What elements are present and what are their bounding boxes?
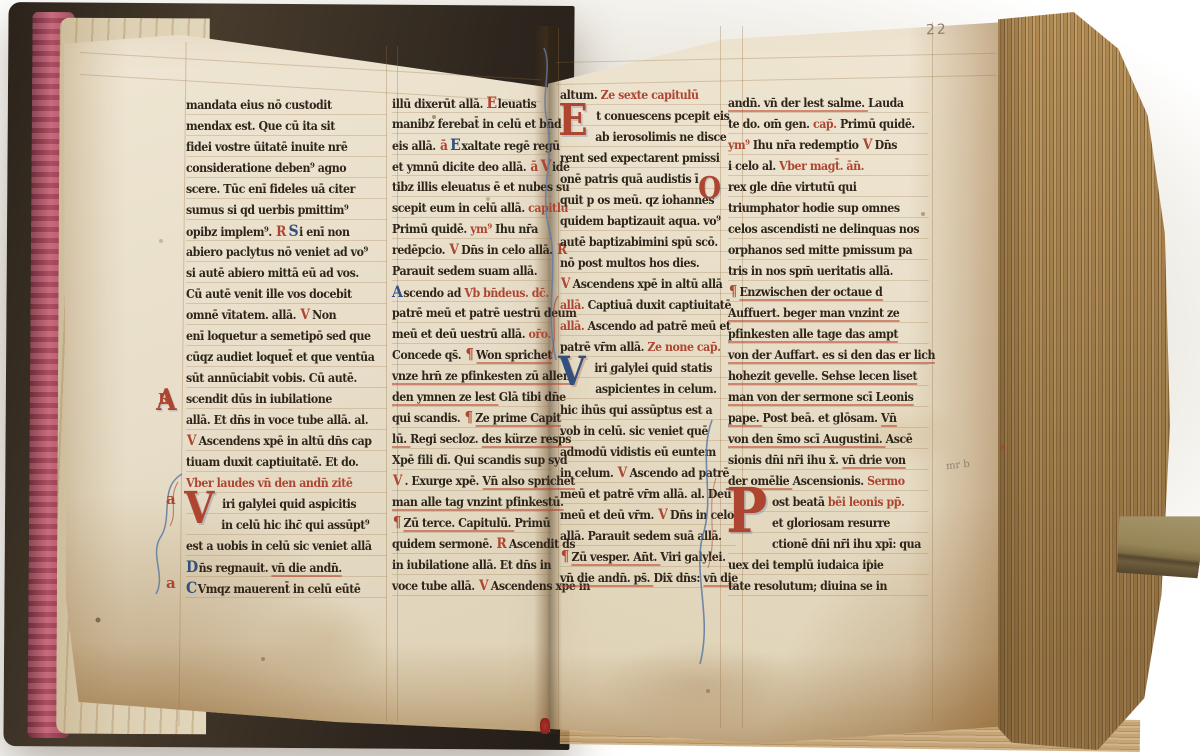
text-run: voce tube allā. — [392, 578, 478, 593]
text-line: Ascendit dūs in iubilatione — [186, 388, 387, 409]
text-line: pape. Post beā. et glōsam. Vn̄ — [728, 407, 929, 428]
text-line: redēpcio. VDn̄s in celo allā. R — [392, 239, 552, 260]
text-line: enī loquetur a semetipō sed que — [186, 325, 387, 346]
text-run: Zū vesper. An̄t. — [571, 549, 660, 566]
text-line: si autē abiero mittā eū ad vos. — [186, 262, 387, 283]
rubric-text: V — [863, 137, 872, 153]
text-run: vn̄ drie von — [842, 452, 906, 469]
text-run: Ascendo ad patrē meū et — [584, 318, 730, 333]
text-line: admodū vidistis eū euntem — [560, 441, 736, 462]
text-run: redēpcio. — [392, 242, 448, 257]
text-run: scendo ad — [403, 285, 464, 300]
text-run: tate resolutum; diuina se in — [728, 578, 887, 593]
text-line: pfinkesten alle tage das ampt — [728, 323, 929, 344]
text-line: vob in celū. sic veniet quē — [560, 420, 736, 441]
text-run: Ascē — [886, 431, 913, 446]
rubric-text: V — [449, 242, 458, 258]
text-line: eis allā. āExaltate regē regū — [392, 134, 552, 155]
text-line: Et conuescens pcepit eis — [560, 105, 736, 126]
text-line: illū dixerūt allā. Eleuatis — [392, 92, 552, 113]
rubric-text: ym⁹ — [470, 221, 492, 236]
text-run: Ze prime Capit — [475, 410, 561, 427]
text-run: Post beā. et glōsam. — [763, 410, 881, 425]
text-run: vn̄ die andn̄. ps̄. — [560, 570, 653, 587]
text-line: man alle tag vnzint pfinkestū. — [392, 491, 552, 512]
text-run: Primū — [514, 515, 550, 530]
text-run: von der Auffart. es si den das er lich — [728, 347, 935, 364]
text-line: ym⁹ Ihu nr̄a redemptio VDn̄s — [728, 134, 929, 155]
text-run: Won sprichet — [476, 347, 552, 364]
text-run: eis allā. — [392, 138, 439, 153]
text-run: meū et deū uestrū allā. — [392, 326, 528, 341]
text-line: et gloriosam resurre — [728, 512, 929, 533]
text-run: consideratione deben⁹ agno — [186, 160, 346, 175]
text-run: Vn̄ — [881, 410, 897, 427]
rubric-text: V — [658, 507, 667, 523]
text-line: sumus si qd uerbis pmittim⁹ — [186, 199, 387, 220]
margin-antiphon-mark: a — [166, 574, 176, 592]
text-line: Dn̄s regnauit. vn̄ die andn̄. — [186, 556, 387, 577]
text-line: von der Auffart. es si den das er lich — [728, 344, 929, 365]
text-run: si autē abiero mittā eū ad vos. — [186, 265, 359, 280]
text-line: ¶Zū terce. Capitulū. Primū — [392, 512, 552, 533]
text-line: andn̄. vn̄ der lest salme. Lauda — [728, 92, 929, 113]
text-line: Ascendo ad Vb bn̄deus. dc̄. — [392, 281, 552, 302]
text-line: aspicientes in celum. — [560, 378, 736, 399]
text-run: C — [186, 578, 197, 597]
text-run: Dn̄s in celo — [670, 507, 734, 522]
text-run: D — [186, 557, 198, 576]
text-run: Dn̄s — [875, 137, 897, 152]
text-run: ctionē dn̄i nr̄i ihu xpī: qua — [772, 536, 921, 551]
text-line: allā. Parauit sedem suā allā. — [560, 525, 736, 546]
manuscript-photo: mandata eius nō custoditmendax est. Que … — [0, 0, 1200, 756]
text-run: Parauit sedem suam allā. — [392, 263, 537, 278]
text-run: Ascendens xpē in altū dn̄s cap — [199, 433, 372, 448]
text-line: scere. Tūc enī fideles uā citer — [186, 178, 387, 199]
text-run: tris in nos spm̄ ueritatis allā. — [728, 263, 893, 278]
text-run: tiuam duxit captiuitatē. Et do. — [186, 454, 358, 469]
text-run: hohezit gevelle. Sehse lecen liset — [728, 368, 917, 385]
text-line: tate resolutum; diuina se in — [728, 575, 929, 596]
text-line: cūqz audiet loquet̄ et que ventūa — [186, 346, 387, 367]
text-run: meū et patrē vr̄m allā. al. Deū — [560, 486, 731, 501]
text-run: mandata eius nō custodit — [186, 97, 332, 112]
text-run: manibz ferebat̄ in celū et bn̄d — [392, 116, 561, 131]
rubric-text: ā — [440, 138, 448, 154]
text-run: ost beatā — [772, 494, 828, 509]
text-line: tibz illis eleuatus ē et nubes su — [392, 176, 552, 197]
text-column-4: andn̄. vn̄ der lest salme. Laudate do. o… — [728, 92, 929, 596]
text-run: te do. om̄ gen. — [728, 116, 813, 131]
folio-number: 22 — [926, 22, 948, 39]
text-run: iri galylei quid statis — [594, 360, 712, 375]
text-run: aspicientes in celum. — [595, 381, 716, 396]
text-run: meū et deū vr̄m. — [560, 507, 657, 522]
ruling-line — [932, 22, 933, 722]
text-run: nō post multos hos dies. — [560, 255, 699, 270]
text-run: Xpē fili dī. Qui scandis sup syd — [392, 452, 567, 467]
text-line: vnze hrn̄ ze pfinkesten zū allen — [392, 365, 552, 386]
rubric-text: ¶ — [729, 282, 737, 300]
text-run: . Exurge xpē. — [405, 473, 483, 488]
text-run: Dix̄ dn̄s: — [653, 570, 703, 585]
text-run: in celum. — [560, 465, 617, 480]
text-run: Lauda — [868, 95, 903, 110]
text-line: sionis dn̄i nr̄i ihu x̄. vn̄ drie von — [728, 449, 929, 470]
text-line: orphanos sed mitte pmissum pa — [728, 239, 929, 260]
text-line: patrē vr̄m allā. Ze none cap̄. — [560, 336, 736, 357]
text-run: triumphator hodie sup omnes — [728, 200, 900, 215]
text-line: meū et deū uestrū allā. or̄o. — [392, 323, 552, 344]
text-run: in celū hic ihc̄ qui assūpt⁹ — [221, 517, 369, 532]
text-line: in celū hic ihc̄ qui assūpt⁹ — [186, 514, 387, 535]
text-line: manibz ferebat̄ in celū et bn̄d — [392, 113, 552, 134]
text-run: i enī non — [299, 224, 349, 239]
text-run: ab ierosolimis ne disce — [595, 129, 726, 144]
text-run: vob in celū. sic veniet quē — [560, 423, 708, 438]
text-run: quidem sermonē. — [392, 536, 496, 551]
text-line: Xpē fili dī. Qui scandis sup syd — [392, 449, 552, 470]
text-run: vn̄ die andn̄. — [271, 560, 341, 577]
rubric-text: Sermo — [867, 473, 905, 488]
text-run: E — [486, 93, 496, 112]
text-line: VAscendens xpē in altū allā — [560, 273, 736, 294]
text-run: mendax est. Que cū ita sit — [186, 118, 335, 133]
text-line: tiuam duxit captiuitatē. Et do. — [186, 451, 387, 472]
text-run: Vmqz mauerent̄ in celū eūtē — [198, 581, 361, 596]
text-line: qui scandis. ¶Ze prime Capit — [392, 407, 552, 428]
text-column-1: mandata eius nō custoditmendax est. Que … — [186, 94, 387, 598]
text-line: abiero paclytus nō veniet ad vo⁹ — [186, 241, 387, 262]
text-run: uex dei templū iudaica ipie — [728, 557, 883, 572]
red-ribbon-tip — [540, 718, 550, 734]
text-run: vnze hrn̄ ze pfinkesten zū allen — [392, 368, 570, 385]
text-line: ¶Enzwischen der octaue d — [728, 281, 929, 302]
text-run: Ihu nr̄a — [492, 221, 538, 236]
parchment-speckles — [0, 0, 2, 2]
text-run: n̄s regnauit. — [199, 560, 272, 575]
text-run: Concede qs̄. — [392, 347, 465, 362]
rubric-text: cap̄. — [813, 116, 837, 131]
text-run: omnē vītatem. allā. — [186, 307, 299, 322]
text-run: scendit dūs in iubilatione — [186, 391, 332, 406]
text-run: t conuescens pcepit eis — [596, 108, 729, 123]
text-run: Regi secloz. — [410, 431, 481, 446]
text-line: hic ihūs qui assūptus est a — [560, 399, 736, 420]
rubric-text: Ze sexte capitulū — [601, 87, 699, 102]
text-run: hic ihūs qui assūptus est a — [560, 402, 712, 417]
text-run: Ascensionis. — [793, 473, 867, 488]
text-line: Primū quidē. ym⁹ Ihu nr̄a — [392, 218, 552, 239]
text-line: voce tube allā. VAscendens xpē in — [392, 575, 552, 596]
text-line: ctionē dn̄i nr̄i ihu xpī: qua — [728, 533, 929, 554]
text-line: Concede qs̄. ¶Won sprichet — [392, 344, 552, 365]
rubric-text: ¶ — [465, 408, 473, 426]
text-run: rent sed expectarent pmissi — [560, 150, 719, 165]
text-run: in iubilatione allā. Et dn̄s in — [392, 557, 551, 572]
rubric-text: Vb bn̄deus. dc̄. — [464, 285, 548, 300]
text-line: i celo al. Vber magt̄. ān̄. — [728, 155, 929, 176]
text-line: Cū autē venit ille vos docebit — [186, 283, 387, 304]
text-line: mendax est. Que cū ita sit — [186, 115, 387, 136]
rubric-text: V — [300, 307, 309, 323]
text-run: et ymnū dicite deo allā. — [392, 159, 530, 174]
text-line: allā. Ascendo ad patrē meū et — [560, 315, 736, 336]
margin-responsory-mark: R — [158, 390, 170, 408]
text-run: Non — [312, 307, 336, 322]
text-line: tris in nos spm̄ ueritatis allā. — [728, 260, 929, 281]
text-run: sumus si qd uerbis pmittim⁹ — [186, 202, 348, 217]
text-line: ab ierosolimis ne disce — [560, 126, 736, 147]
text-line: quidem sermonē. RAscendit ds̄ — [392, 533, 552, 554]
text-line: Auffuert. beger man vnzint ze — [728, 302, 929, 323]
text-line: ¶Zū vesper. An̄t. Viri galylei. — [560, 546, 736, 567]
text-run: von den s̄mo scī Augustini. — [728, 431, 886, 448]
rubric-text: V — [393, 473, 402, 489]
rubric-text: bēi leonis pp̄. — [828, 494, 904, 509]
text-run: Dn̄s in celo allā. — [461, 242, 556, 257]
text-run: onē patris quā audistis ī — [560, 171, 698, 186]
text-line: meū et patrē vr̄m allā. al. Deū — [560, 483, 736, 504]
text-run: Enzwischen der octaue d — [739, 284, 882, 301]
rubric-text: V — [561, 276, 570, 292]
text-run: qui scandis. — [392, 410, 464, 425]
text-line: rent sed expectarent pmissi — [560, 147, 736, 168]
text-run: i celo al. — [728, 158, 779, 173]
text-run: enī loquetur a semetipō sed que — [186, 328, 371, 343]
rubric-text: R — [276, 224, 286, 240]
rubric-text: or̄o. — [528, 326, 550, 341]
text-run: scere. Tūc enī fideles uā citer — [186, 181, 355, 196]
text-line: sūt annūciabit vobis. Cū autē. — [186, 367, 387, 388]
text-run: admodū vidistis eū euntem — [560, 444, 716, 459]
text-line: scepit eum in celū allā. capitlū — [392, 197, 552, 218]
rubric-text: Ze none cap̄. — [647, 339, 720, 354]
text-run: celos ascendisti ne delinquas nos — [728, 221, 919, 236]
text-run: Viri galylei. — [660, 549, 725, 564]
rubric-text: ¶ — [465, 345, 473, 363]
text-run: E — [450, 135, 460, 154]
rubric-text: ym⁹ — [728, 137, 750, 152]
text-run: allā. Parauit sedem suā allā. — [560, 528, 722, 543]
text-line: mandata eius nō custodit — [186, 94, 387, 115]
text-run: V — [541, 156, 551, 175]
text-run: scepit eum in celū allā. — [392, 200, 528, 215]
rubric-text: V — [479, 578, 488, 594]
text-line: hohezit gevelle. Sehse lecen liset — [728, 365, 929, 386]
text-line: VAscendens xpē in altū dn̄s cap — [186, 430, 387, 451]
text-run: Ascendens xpē in altū allā — [573, 276, 723, 291]
text-line: consideratione deben⁹ agno — [186, 157, 387, 178]
text-line: autē baptizabimini spū scō. — [560, 231, 736, 252]
text-line: omnē vītatem. allā. VNon — [186, 304, 387, 325]
text-line: vn̄ die andn̄. ps̄. Dix̄ dn̄s: vn̄ die — [560, 567, 736, 588]
text-run: Captiuā duxit captiuitatē — [584, 297, 731, 312]
text-run: tibz illis eleuatus ē et nubes su — [392, 179, 569, 194]
text-run: quidem baptizauit aqua. vo⁹ — [560, 213, 721, 228]
illuminated-initial: O — [698, 174, 721, 204]
text-line: uex dei templū iudaica ipie — [728, 554, 929, 575]
text-run: Primū quidē. — [392, 221, 470, 236]
text-line: Vber laudes vn̄ den andn̄ zitē — [186, 472, 387, 493]
text-line: Viri galylei quid statis — [560, 357, 736, 378]
text-run: leuatis — [498, 96, 537, 111]
text-run: orphanos sed mitte pmissum pa — [728, 242, 912, 257]
text-run: man von der sermone scī Leonis — [728, 389, 913, 406]
text-line: patrē meū et patrē uestrū deum — [392, 302, 552, 323]
rubric-text: ā — [530, 159, 538, 175]
text-run: pfinkesten alle tage das ampt — [728, 326, 898, 343]
text-line: von den s̄mo scī Augustini. Ascē — [728, 428, 929, 449]
text-run: Zū terce. Capitulū. — [403, 515, 514, 532]
text-run: fidei vostre ūitatē inuite nrē — [186, 139, 347, 154]
text-run: cūqz audiet loquet̄ et que ventūa — [186, 349, 374, 364]
text-run: pape. — [728, 410, 763, 427]
text-run: abiero paclytus nō veniet ad vo⁹ — [186, 244, 368, 259]
text-run: autē baptizabimini spū scō. — [560, 234, 718, 249]
rubric-text: ¶ — [561, 547, 569, 565]
text-line: Viri galylei quid aspicitis — [186, 493, 387, 514]
text-run: Auffuert. beger man vnzint ze — [728, 305, 899, 322]
text-run: des kürze resp̄s — [482, 431, 571, 448]
text-run: illū dixerūt allā. — [392, 96, 486, 111]
rubric-text: V — [618, 465, 627, 481]
text-line: meū et deū vr̄m. VDn̄s in celo — [560, 504, 736, 525]
text-run: A — [392, 282, 402, 301]
rubric-text: R — [496, 536, 506, 552]
text-line: Orex gle dn̄e virtutū qui — [728, 176, 929, 197]
text-run: patrē meū et patrē uestrū deum — [392, 305, 576, 320]
text-run: opibz implem⁹. — [186, 224, 275, 239]
text-run: et gloriosam resurre — [772, 515, 890, 530]
text-run: man alle tag vnzint pfinkestū. — [392, 494, 563, 511]
text-line: nō post multos hos dies. — [560, 252, 736, 273]
text-line: den ymnen ze lest Glā tibi dn̄e — [392, 386, 552, 407]
text-run: andn̄. vn̄ der lest salme. — [728, 95, 868, 112]
text-run: quit p os meū. qz iohannes — [560, 192, 714, 207]
text-run: S — [289, 221, 299, 240]
text-line: triumphator hodie sup omnes — [728, 197, 929, 218]
rubric-text: allā. — [560, 318, 584, 333]
text-line: lū. Regi secloz. des kürze resp̄s — [392, 428, 552, 449]
text-run: Ascendo ad patrē — [629, 465, 729, 480]
text-line: Post beatā bēi leonis pp̄. — [728, 491, 929, 512]
text-line: opibz implem⁹. RSi enī non — [186, 220, 387, 241]
text-run: Ihu nr̄a redemptio — [750, 137, 862, 152]
text-line: te do. om̄ gen. cap̄. Primū quidē. — [728, 113, 929, 134]
text-run: xaltate regē regū — [461, 138, 559, 153]
margin-antiphon-mark: a — [166, 490, 176, 508]
text-run: sionis dn̄i nr̄i ihu x̄. — [728, 452, 842, 467]
text-line: V. Exurge xpē. Vn̄ also sprichet — [392, 470, 552, 491]
text-line: quidem baptizauit aqua. vo⁹ — [560, 210, 736, 231]
text-line: et ymnū dicite deo allā. āVidē — [392, 155, 552, 176]
text-run: allā. Et dn̄s in voce tube allā. al. — [186, 412, 368, 427]
text-line: in celum. VAscendo ad patrē — [560, 462, 736, 483]
text-line: CVmqz mauerent̄ in celū eūtē — [186, 577, 387, 598]
text-run: Glā tibi dn̄e — [499, 389, 566, 404]
text-line: allā. Captiuā duxit captiuitatē — [560, 294, 736, 315]
text-line: Parauit sedem suam allā. — [392, 260, 552, 281]
rubric-text: allā. — [560, 297, 584, 312]
text-run: iri galylei quid aspicitis — [222, 496, 356, 511]
rubric-text: V — [187, 433, 196, 449]
rubric-text: ¶ — [393, 513, 401, 531]
text-run: Cū autē venit ille vos docebit — [186, 286, 352, 301]
text-column-3: altum. Ze sexte capitulūEt conuescens pc… — [560, 84, 736, 588]
text-line: est a uobis in celū sic veniet allā — [186, 535, 387, 556]
text-line: celos ascendisti ne delinquas nos — [728, 218, 929, 239]
text-run: rex gle dn̄e virtutū qui — [728, 179, 857, 194]
text-line: in iubilatione allā. Et dn̄s in — [392, 554, 552, 575]
text-run: Primū quidē. — [837, 116, 915, 131]
text-run: sūt annūciabit vobis. Cū autē. — [186, 370, 357, 385]
text-column-2: illū dixerūt allā. Eleuatismanibz fereba… — [392, 92, 552, 596]
text-run: lū. — [392, 431, 410, 448]
rubric-text: Vber magt̄. ān̄. — [779, 158, 864, 173]
text-line: man von der sermone scī Leonis — [728, 386, 929, 407]
text-line: allā. Et dn̄s in voce tube allā. al. — [186, 409, 387, 430]
fore-edge-page-block — [998, 12, 1170, 750]
text-run: est a uobis in celū sic veniet allā — [186, 538, 372, 553]
text-run: den ymnen ze lest — [392, 389, 499, 406]
text-line: fidei vostre ūitatē inuite nrē — [186, 136, 387, 157]
